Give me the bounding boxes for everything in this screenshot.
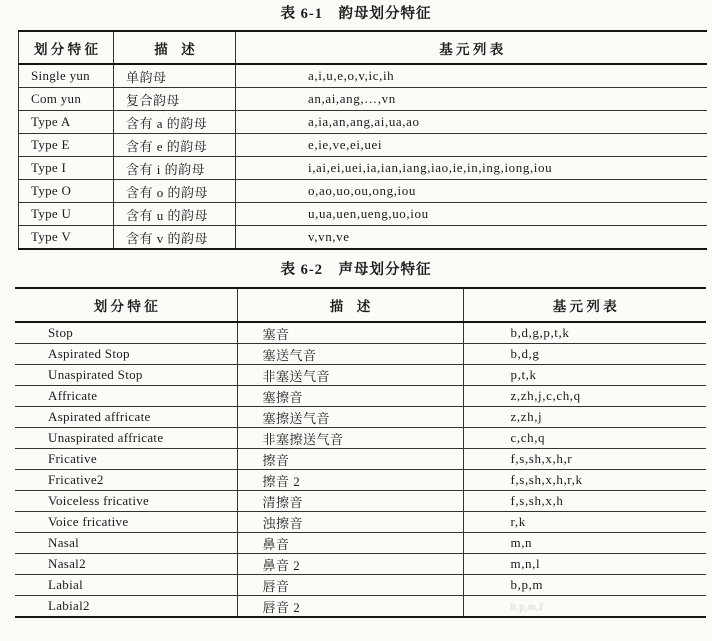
feature-cell: Nasal — [15, 533, 237, 554]
table-row: Type I 含有 i 的韵母 i,ai,ei,uei,ia,ian,iang,… — [19, 157, 707, 180]
units-text: c,ch,q — [511, 430, 546, 445]
table-row: Voiceless fricative 清擦音 f,s,sh,x,h — [15, 491, 706, 512]
description-text: 含有 a 的韵母 — [126, 116, 207, 131]
description-text: 塞擦音 — [263, 390, 304, 405]
units-cell: b,p,m — [463, 575, 706, 596]
units-text: f,s,sh,x,h,r — [511, 451, 573, 466]
feature-text: Type A — [31, 114, 71, 129]
feature-cell: Unaspirated Stop — [15, 365, 237, 386]
units-cell: o,ao,uo,ou,ong,iou — [236, 180, 707, 203]
units-text: b,d,g — [511, 346, 540, 361]
feature-text: Nasal2 — [48, 556, 86, 571]
table-row: Fricative 擦音 f,s,sh,x,h,r — [15, 449, 706, 470]
units-cell: z,zh,j — [463, 407, 706, 428]
feature-text: Single yun — [31, 68, 90, 83]
table-row: Single yun 单韵母 a,i,u,e,o,v,ic,ih — [19, 64, 707, 88]
table-row: Voice fricative 浊擦音 r,k — [15, 512, 706, 533]
feature-text: Labial2 — [48, 598, 90, 613]
feature-text: Type I — [31, 160, 66, 175]
description-text: 唇音 — [263, 579, 290, 594]
units-text: b,d,g,p,t,k — [511, 325, 570, 340]
units-text: e,ie,ve,ei,uei — [308, 137, 382, 152]
header-row: 划 分 特 征 描 述 基 元 列 表 — [15, 288, 706, 322]
description-cell: 塞擦送气音 — [237, 407, 463, 428]
description-cell: 鼻音 — [237, 533, 463, 554]
feature-text: Affricate — [48, 388, 97, 403]
header-cell-feature: 划 分 特 征 — [15, 288, 237, 322]
feature-text: Labial — [48, 577, 83, 592]
feature-cell: Labial2 — [15, 596, 237, 618]
description-cell: 塞送气音 — [237, 344, 463, 365]
description-text: 塞音 — [263, 327, 290, 342]
description-text: 擦音 2 — [263, 474, 301, 489]
description-cell: 复合韵母 — [114, 88, 236, 111]
units-cell: m,n — [463, 533, 706, 554]
units-cell: b,d,g — [463, 344, 706, 365]
units-text: a,i,u,e,o,v,ic,ih — [308, 68, 394, 83]
table-row: Type O 含有 o 的韵母 o,ao,uo,ou,ong,iou — [19, 180, 707, 203]
description-cell: 含有 i 的韵母 — [114, 157, 236, 180]
units-text: f,s,sh,x,h,r,k — [511, 472, 583, 487]
table-6-2-header: 划 分 特 征 描 述 基 元 列 表 — [15, 288, 706, 322]
units-text: f,s,sh,x,h — [511, 493, 564, 508]
table-row: Nasal2 鼻音 2 m,n,l — [15, 554, 706, 575]
description-text: 含有 u 的韵母 — [126, 208, 208, 223]
feature-cell: Stop — [15, 322, 237, 344]
table-6-1-body: Single yun 单韵母 a,i,u,e,o,v,ic,ih Com yun… — [19, 64, 707, 249]
feature-cell: Affricate — [15, 386, 237, 407]
feature-cell: Aspirated Stop — [15, 344, 237, 365]
table-row: Labial2 唇音 2 b,p,m,f — [15, 596, 706, 618]
description-text: 复合韵母 — [126, 93, 180, 108]
table-row: Affricate 塞擦音 z,zh,j,c,ch,q — [15, 386, 706, 407]
feature-text: Type V — [31, 229, 71, 244]
units-text: r,k — [511, 514, 526, 529]
description-cell: 非塞擦送气音 — [237, 428, 463, 449]
units-cell: i,ai,ei,uei,ia,ian,iang,iao,ie,in,ing,io… — [236, 157, 707, 180]
units-cell: m,n,l — [463, 554, 706, 575]
description-text: 非塞送气音 — [263, 369, 331, 384]
feature-text: Type U — [31, 206, 71, 221]
description-cell: 非塞送气音 — [237, 365, 463, 386]
units-cell: f,s,sh,x,h,r — [463, 449, 706, 470]
units-text: i,ai,ei,uei,ia,ian,iang,iao,ie,in,ing,io… — [308, 160, 552, 175]
table-6-2-title: 表 6-2 声母划分特征 — [0, 250, 712, 287]
units-text: p,t,k — [511, 367, 537, 382]
header-cell-unit-list: 基 元 列 表 — [236, 31, 707, 64]
description-cell: 擦音 — [237, 449, 463, 470]
description-text: 鼻音 — [263, 537, 290, 552]
feature-text: Voice fricative — [48, 514, 128, 529]
units-cell: r,k — [463, 512, 706, 533]
description-text: 含有 e 的韵母 — [126, 139, 207, 154]
feature-text: Voiceless fricative — [48, 493, 149, 508]
units-cell: f,s,sh,x,h,r,k — [463, 470, 706, 491]
units-text: z,zh,j — [511, 409, 543, 424]
table-row: Unaspirated affricate 非塞擦送气音 c,ch,q — [15, 428, 706, 449]
description-cell: 塞音 — [237, 322, 463, 344]
table-row: Aspirated Stop 塞送气音 b,d,g — [15, 344, 706, 365]
description-cell: 唇音 — [237, 575, 463, 596]
description-cell: 清擦音 — [237, 491, 463, 512]
description-cell: 含有 u 的韵母 — [114, 203, 236, 226]
feature-cell: Type A — [19, 111, 114, 134]
feature-cell: Aspirated affricate — [15, 407, 237, 428]
units-text: b,p,m,f — [511, 602, 544, 613]
units-cell: b,p,m,f — [463, 596, 706, 618]
feature-cell: Fricative2 — [15, 470, 237, 491]
table-row: Nasal 鼻音 m,n — [15, 533, 706, 554]
feature-text: Aspirated affricate — [48, 409, 151, 424]
feature-cell: Type U — [19, 203, 114, 226]
table-row: Type U 含有 u 的韵母 u,ua,uen,ueng,uo,iou — [19, 203, 707, 226]
header-cell-feature: 划 分 特 征 — [19, 31, 114, 64]
description-cell: 含有 v 的韵母 — [114, 226, 236, 250]
feature-cell: Type E — [19, 134, 114, 157]
feature-text: Nasal — [48, 535, 79, 550]
feature-cell: Unaspirated affricate — [15, 428, 237, 449]
feature-cell: Labial — [15, 575, 237, 596]
feature-cell: Single yun — [19, 64, 114, 88]
feature-text: Fricative — [48, 451, 97, 466]
table-row: Labial 唇音 b,p,m — [15, 575, 706, 596]
units-cell: v,vn,ve — [236, 226, 707, 250]
units-cell: f,s,sh,x,h — [463, 491, 706, 512]
description-text: 唇音 2 — [263, 600, 301, 615]
units-text: v,vn,ve — [308, 229, 350, 244]
header-row: 划 分 特 征 描 述 基 元 列 表 — [19, 31, 707, 64]
description-text: 浊擦音 — [263, 516, 304, 531]
scanned-document-page: { "table1": { "title": "表 6-1 韵母划分特征", "… — [0, 0, 712, 641]
description-cell: 鼻音 2 — [237, 554, 463, 575]
feature-text: Unaspirated affricate — [48, 430, 163, 445]
units-text: o,ao,uo,ou,ong,iou — [308, 183, 416, 198]
description-cell: 浊擦音 — [237, 512, 463, 533]
units-cell: a,i,u,e,o,v,ic,ih — [236, 64, 707, 88]
units-cell: e,ie,ve,ei,uei — [236, 134, 707, 157]
header-cell-description: 描 述 — [237, 288, 463, 322]
units-text: a,ia,an,ang,ai,ua,ao — [308, 114, 420, 129]
feature-text: Type E — [31, 137, 70, 152]
description-text: 非塞擦送气音 — [263, 432, 344, 447]
description-text: 擦音 — [263, 453, 290, 468]
feature-cell: Voiceless fricative — [15, 491, 237, 512]
table-6-1-header: 划 分 特 征 描 述 基 元 列 表 — [19, 31, 707, 64]
units-cell: a,ia,an,ang,ai,ua,ao — [236, 111, 707, 134]
feature-text: Type O — [31, 183, 71, 198]
description-cell: 单韵母 — [114, 64, 236, 88]
feature-text: Com yun — [31, 91, 81, 106]
feature-cell: Type O — [19, 180, 114, 203]
feature-cell: Fricative — [15, 449, 237, 470]
units-text: b,p,m — [511, 577, 544, 592]
table-6-2-body: Stop 塞音 b,d,g,p,t,k Aspirated Stop 塞送气音 … — [15, 322, 706, 617]
units-cell: b,d,g,p,t,k — [463, 322, 706, 344]
description-text: 清擦音 — [263, 495, 304, 510]
table-row: Fricative2 擦音 2 f,s,sh,x,h,r,k — [15, 470, 706, 491]
table-row: Com yun 复合韵母 an,ai,ang,…,vn — [19, 88, 707, 111]
description-cell: 唇音 2 — [237, 596, 463, 618]
description-text: 含有 i 的韵母 — [126, 162, 205, 177]
description-cell: 擦音 2 — [237, 470, 463, 491]
description-text: 塞送气音 — [263, 348, 317, 363]
table-6-1: 划 分 特 征 描 述 基 元 列 表 Single yun 单韵母 a,i,u… — [18, 30, 707, 250]
description-cell: 含有 o 的韵母 — [114, 180, 236, 203]
feature-cell: Type V — [19, 226, 114, 250]
units-cell: z,zh,j,c,ch,q — [463, 386, 706, 407]
feature-text: Unaspirated Stop — [48, 367, 143, 382]
description-text: 塞擦送气音 — [263, 411, 331, 426]
description-cell: 含有 e 的韵母 — [114, 134, 236, 157]
units-text: m,n — [511, 535, 533, 550]
feature-text: Stop — [48, 325, 73, 340]
feature-cell: Type I — [19, 157, 114, 180]
units-cell: c,ch,q — [463, 428, 706, 449]
feature-cell: Voice fricative — [15, 512, 237, 533]
units-text: an,ai,ang,…,vn — [308, 91, 396, 106]
description-cell: 塞擦音 — [237, 386, 463, 407]
description-cell: 含有 a 的韵母 — [114, 111, 236, 134]
table-6-2: 划 分 特 征 描 述 基 元 列 表 Stop 塞音 b,d,g,p,t,k … — [15, 287, 706, 618]
units-cell: an,ai,ang,…,vn — [236, 88, 707, 111]
table-row: Aspirated affricate 塞擦送气音 z,zh,j — [15, 407, 706, 428]
table-row: Type V 含有 v 的韵母 v,vn,ve — [19, 226, 707, 250]
feature-cell: Com yun — [19, 88, 114, 111]
feature-text: Aspirated Stop — [48, 346, 130, 361]
description-text: 含有 o 的韵母 — [126, 185, 208, 200]
units-text: z,zh,j,c,ch,q — [511, 388, 581, 403]
table-row: Unaspirated Stop 非塞送气音 p,t,k — [15, 365, 706, 386]
feature-text: Fricative2 — [48, 472, 104, 487]
header-cell-unit-list: 基 元 列 表 — [463, 288, 706, 322]
units-cell: p,t,k — [463, 365, 706, 386]
units-text: m,n,l — [511, 556, 541, 571]
description-text: 含有 v 的韵母 — [126, 231, 208, 246]
table-row: Type A 含有 a 的韵母 a,ia,an,ang,ai,ua,ao — [19, 111, 707, 134]
table-row: Type E 含有 e 的韵母 e,ie,ve,ei,uei — [19, 134, 707, 157]
feature-cell: Nasal2 — [15, 554, 237, 575]
table-row: Stop 塞音 b,d,g,p,t,k — [15, 322, 706, 344]
header-cell-description: 描 述 — [114, 31, 236, 64]
units-text: u,ua,uen,ueng,uo,iou — [308, 206, 429, 221]
table-6-1-title: 表 6-1 韵母划分特征 — [0, 0, 712, 30]
description-text: 单韵母 — [126, 70, 167, 85]
description-text: 鼻音 2 — [263, 558, 301, 573]
units-cell: u,ua,uen,ueng,uo,iou — [236, 203, 707, 226]
